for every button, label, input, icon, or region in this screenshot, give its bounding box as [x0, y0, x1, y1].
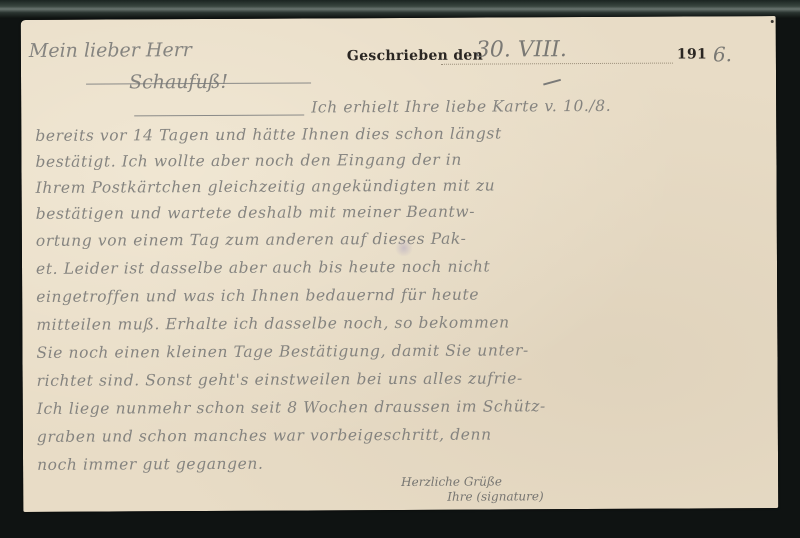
salutation-underline [134, 114, 304, 116]
salutation-line-1: Mein lieber Herr [29, 39, 192, 62]
signature-name: Ihre (signature) [447, 489, 544, 504]
printed-year-prefix: 191 [677, 46, 707, 62]
body-line: mitteilen muß. Erhalte ich dasselbe noch… [36, 313, 509, 333]
body-line: Ich erhielt Ihre liebe Karte v. 10./8. [311, 97, 611, 117]
paper-speck [771, 20, 774, 23]
body-line: bestätigt. Ich wollte aber noch den Eing… [35, 151, 462, 171]
ink-stain [394, 240, 414, 256]
body-line: Sie noch einen kleinen Tage Bestätigung,… [36, 341, 529, 362]
binder-top-edge [0, 0, 800, 18]
body-line: bestätigen und wartete deshalb mit meine… [36, 203, 475, 223]
signature-greeting: Herzliche Grüße [401, 474, 502, 489]
printed-written-on-label: Geschrieben den [347, 48, 483, 65]
body-line: eingetroffen und was ich Ihnen bedauernd… [36, 286, 479, 306]
body-line: graben und schon manches war vorbeigesch… [37, 426, 492, 446]
postcard: Mein lieber Herr Schaufuß! Geschrieben d… [21, 16, 779, 512]
body-line: bereits vor 14 Tagen und hätte Ihnen die… [35, 124, 502, 144]
body-line: richtet sind. Sonst geht's einstweilen b… [37, 369, 523, 390]
body-line: Ihrem Postkärtchen gleichzeitig angekünd… [36, 176, 496, 196]
handwritten-date: 30. VIII. [476, 37, 567, 62]
salutation-line-2: Schaufuß! [129, 71, 228, 94]
body-line: noch immer gut gegangen. [37, 455, 264, 474]
handwritten-year-digit: 6. [713, 42, 732, 66]
body-line: et. Leider ist dasselbe aber auch bis he… [36, 258, 490, 278]
date-dotted-line [441, 63, 673, 65]
body-line: Ich liege nunmehr schon seit 8 Wochen dr… [37, 397, 546, 418]
date-dash [543, 79, 561, 86]
